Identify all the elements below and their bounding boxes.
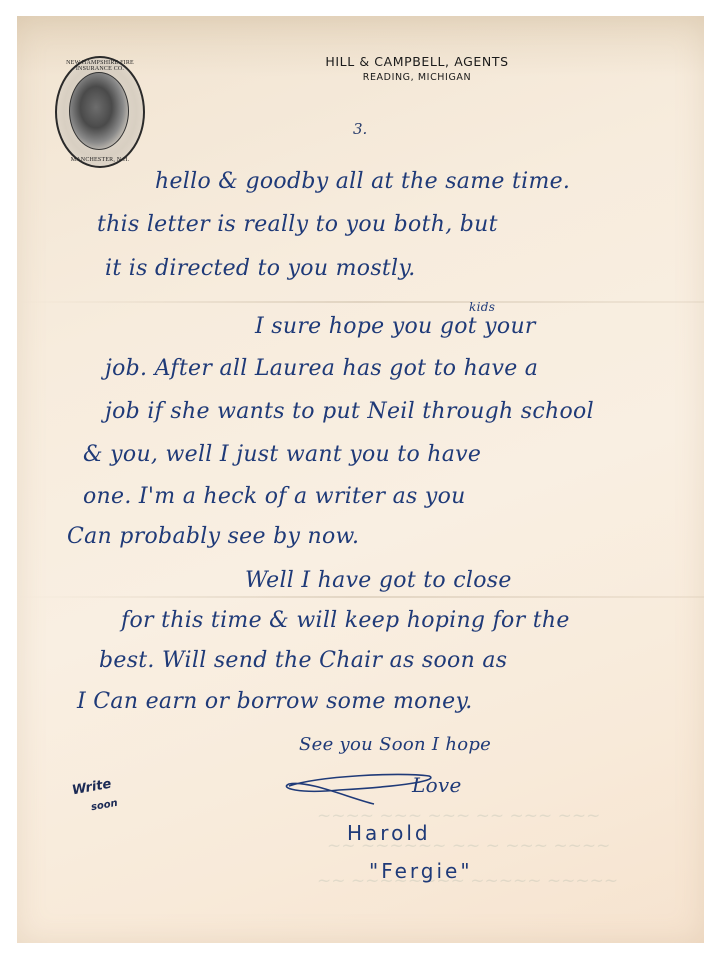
letter-line: one. I'm a heck of a writer as you [83, 484, 466, 509]
margin-note-write: Write [71, 777, 112, 799]
fold-crease [17, 301, 704, 303]
insertion-text: kids [469, 300, 495, 314]
letter-line: I Can earn or borrow some money. [77, 689, 473, 714]
seal-portrait [69, 72, 129, 150]
letter-line: I sure hope you got your [255, 314, 536, 339]
letter-line: Can probably see by now. [67, 524, 359, 549]
page-number: 3. [353, 120, 367, 138]
margin-note-soon: soon [90, 798, 118, 813]
insurance-company-seal-icon: NEW HAMPSHIRE FIRE INSURANCE CO. MANCHES… [55, 56, 145, 168]
love-text: Love [412, 773, 462, 797]
closing-line: See you Soon I hope [299, 734, 491, 755]
letter-line: & you, well I just want you to have [83, 442, 481, 467]
letterhead-city: READING, MICHIGAN [287, 72, 547, 83]
letter-line: for this time & will keep hoping for the [121, 608, 570, 633]
letter-line: it is directed to you mostly. [105, 256, 416, 281]
seal-top-text: NEW HAMPSHIRE FIRE INSURANCE CO. [57, 60, 143, 72]
signature-nickname: "Fergie" [369, 859, 473, 883]
letter-line: this letter is really to you both, but [97, 212, 498, 237]
letter-line: job. After all Laurea has got to have a [105, 356, 538, 381]
seal-bottom-text: MANCHESTER, N.H. [57, 157, 143, 163]
letter-paper: NEW HAMPSHIRE FIRE INSURANCE CO. MANCHES… [17, 16, 704, 943]
signature-name: Harold [347, 821, 431, 845]
letter-line: job if she wants to put Neil through sch… [105, 399, 594, 424]
fold-crease [17, 596, 704, 598]
letterhead: HILL & CAMPBELL, AGENTS READING, MICHIGA… [287, 54, 547, 83]
letter-line: best. Will send the Chair as soon as [99, 648, 507, 673]
letter-line: Well I have got to close [245, 568, 512, 593]
letter-line: hello & goodby all at the same time. [155, 169, 570, 194]
letterhead-firm: HILL & CAMPBELL, AGENTS [287, 54, 547, 69]
